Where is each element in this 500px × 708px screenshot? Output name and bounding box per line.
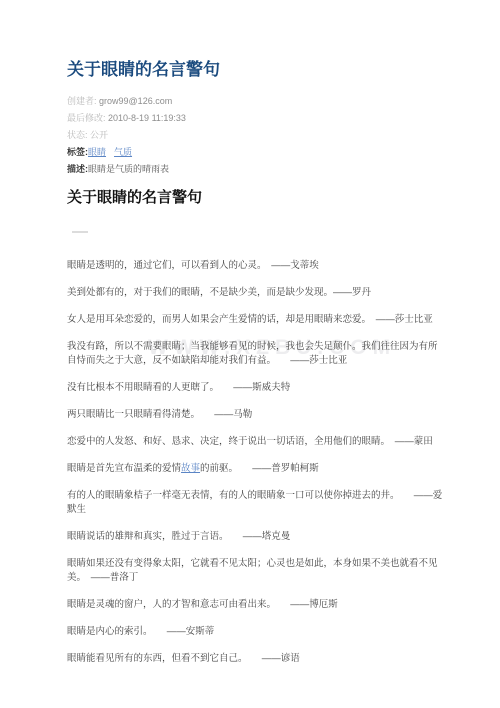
creator-value: grow99@126.com [99, 96, 172, 106]
quote-paragraph: 眼睛如果还没有变得象太阳，它就看不见太阳；心灵也是如此，本身如果不美也就看不见美… [67, 557, 445, 585]
quote-paragraph: 眼睛是灵魂的窗户，人的才智和意志可由看出来。 ——博厄斯 [67, 598, 445, 612]
quote-paragraph: 两只眼睛比一只眼睛看得清楚。 ——马勒 [67, 408, 445, 422]
modified-label: 最后修改: [67, 113, 106, 123]
quote-paragraph: 眼睛说话的雄辩和真实，胜过于言语。 ——塔克曼 [67, 530, 445, 544]
meta-status-row: 状态: 公开 [67, 130, 445, 141]
quote-paragraph: 女人是用耳朵恋爱的，而男人如果会产生爱情的话，却是用眼睛来恋爱。 ——莎士比亚 [67, 313, 445, 327]
meta-modified-row: 最后修改: 2010-8-19 11:19:33 [67, 113, 445, 124]
quote-text-before-link: 眼睛是首先宣布温柔的爱情 [67, 463, 181, 474]
body-divider [72, 231, 88, 233]
quote-paragraph: 没有比根本不用眼睛看的人更瞎了。 ——斯威夫特 [67, 381, 445, 395]
creator-label: 创建者: [67, 96, 97, 106]
desc-label: 描述: [67, 164, 88, 174]
quote-paragraph: 眼睛能看见所有的东西，但看不到它自己。 ——谚语 [67, 652, 445, 666]
meta-tags-row: 标签:眼睛气质 [67, 147, 445, 158]
meta-desc-row: 描述:眼睛是气质的晴雨表 [67, 164, 445, 175]
meta-creator-row: 创建者: grow99@126.com [67, 96, 445, 107]
desc-value: 眼睛是气质的晴雨表 [88, 164, 169, 174]
tags-label: 标签: [67, 147, 88, 157]
document-page: WWW.XZBU.COM 关于眼睛的名言警句 创建者: grow99@126.c… [0, 0, 500, 708]
quote-text-after-link: 的前驱。 ——普罗帕柯斯 [200, 463, 319, 474]
quote-paragraph: 眼睛是首先宣布温柔的爱情故事的前驱。 ——普罗帕柯斯 [67, 462, 445, 476]
document-content: 关于眼睛的名言警句 创建者: grow99@126.com 最后修改: 2010… [67, 60, 445, 679]
status-label: 状态: [67, 130, 88, 140]
inline-link-story[interactable]: 故事 [181, 463, 200, 474]
quote-paragraph: 恋爱中的人发怒、和好、恳求、决定，终于说出一切话语，全用他们的眼睛。 ——蒙田 [67, 435, 445, 449]
quote-paragraph: 美到处都有的，对于我们的眼睛，不是缺少美，而是缺少发现。——罗丹 [67, 286, 445, 300]
page-title: 关于眼睛的名言警句 [67, 60, 445, 80]
quote-paragraph: 眼睛是透明的，通过它们，可以看到人的心灵。 ——戈蒂埃 [67, 259, 445, 273]
tag-link-eyes[interactable]: 眼睛 [88, 147, 106, 157]
quote-paragraph: 有的人的眼睛象桔子一样毫无表情，有的人的眼睛象一口可以使你掉进去的井。 ——爱默… [67, 489, 445, 517]
status-value: 公开 [90, 130, 108, 140]
quote-paragraph: 我没有路，所以不需要眼睛；当我能够看见的时候，我也会失足颠仆。我们往往因为有所自… [67, 340, 445, 368]
modified-value: 2010-8-19 11:19:33 [108, 113, 186, 123]
document-heading: 关于眼睛的名言警句 [67, 189, 445, 207]
tag-link-temperament[interactable]: 气质 [114, 147, 132, 157]
quote-paragraph: 眼睛是内心的索引。 ——安斯蒂 [67, 625, 445, 639]
